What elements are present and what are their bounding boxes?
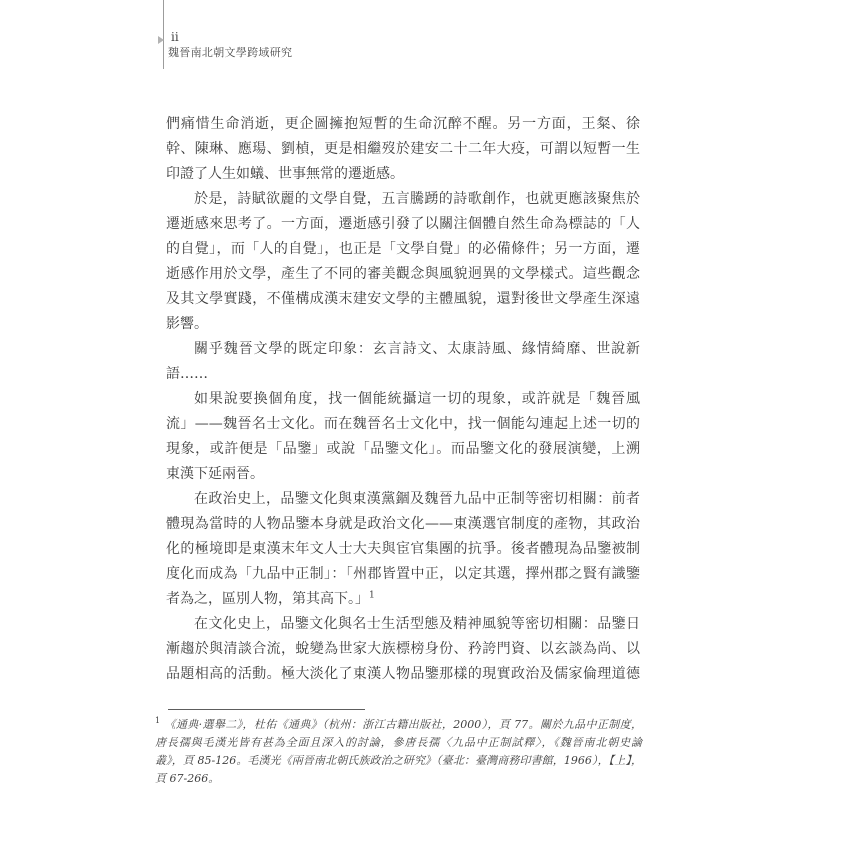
text-line: 幹、陳琳、應瑒、劉楨，更是相繼歿於建安二十二年大疫，可謂以短暫一生 — [166, 137, 640, 162]
text-line: 者為之，區別人物，第其高下。」1 — [166, 587, 640, 612]
text-line: 的自覺」，而「人的自覺」，也正是「文學自覺」的必備條件；另一方面，遷 — [166, 237, 640, 262]
text-line: 於是，詩賦欲麗的文學自覺，五言騰踴的詩歌創作，也就更應該聚焦於 — [166, 187, 640, 212]
footnote-line: 唐長孺與毛漢光皆有甚為全面且深入的討論，參唐長孺〈九品中正制試釋〉，《魏晉南北朝… — [155, 734, 642, 752]
footnote-line: 叢》，頁 85-126。毛漢光《兩晉南北朝氏族政治之研究》（臺北：臺灣商務印書館… — [155, 752, 642, 770]
footnote: 1《通典·選舉二》，杜佑《通典》（杭州：浙江古籍出版社，2000），頁 77。關… — [155, 716, 642, 788]
text-line: 印證了人生如蟻、世事無常的遷逝感。 — [166, 162, 640, 187]
running-head-book-title: 魏晉南北朝文學跨域研究 — [168, 46, 292, 60]
footnote-marker-number: 1 — [155, 716, 160, 725]
text-line: 化的極境即是東漢末年文人士大夫與宦官集團的抗爭。後者體現為品鑒被制 — [166, 537, 640, 562]
text-line: 如果說要換個角度，找一個能統攝這一切的現象，或許就是「魏晉風 — [166, 387, 640, 412]
text-line: 現象，或許便是「品鑒」或說「品鑒文化」。而品鑒文化的發展演變，上溯 — [166, 437, 640, 462]
text-line: 及其文學實踐，不僅構成漢末建安文學的主體風貌，還對後世文學產生深遠 — [166, 287, 640, 312]
header-vertical-rule — [163, 0, 164, 69]
page-number: ii — [171, 30, 179, 44]
text-line: 流」——魏晉名士文化。而在魏晉名士文化中，找一個能勾連起上述一切的 — [166, 412, 640, 437]
text-line: 品題相高的活動。極大淡化了東漢人物品鑒那樣的現實政治及儒家倫理道德 — [166, 662, 640, 687]
text-line: 度化而成為「九品中正制」：「州郡皆置中正，以定其選，擇州郡之賢有識鑒 — [166, 562, 640, 587]
body-text: 們痛惜生命消逝，更企圖擁抱短暫的生命沉醉不醒。另一方面，王粲、徐 幹、陳琳、應瑒… — [166, 112, 640, 687]
text-line: 們痛惜生命消逝，更企圖擁抱短暫的生命沉醉不醒。另一方面，王粲、徐 — [166, 112, 640, 137]
book-page: ii 魏晉南北朝文學跨域研究 們痛惜生命消逝，更企圖擁抱短暫的生命沉醉不醒。另一… — [0, 0, 850, 850]
footnote-line: 1《通典·選舉二》，杜佑《通典》（杭州：浙江古籍出版社，2000），頁 77。關… — [155, 716, 642, 734]
footnote-reference-number: 1 — [369, 590, 375, 600]
text-line-fragment: 者為之，區別人物，第其高下。」 — [166, 591, 369, 607]
text-line: 語…… — [166, 362, 640, 387]
text-line: 體現為當時的人物品鑒本身就是政治文化——東漢選官制度的產物，其政治 — [166, 512, 640, 537]
text-line: 影響。 — [166, 312, 640, 337]
text-line: 在政治史上，品鑒文化與東漢黨錮及魏晉九品中正制等密切相關：前者 — [166, 487, 640, 512]
text-line: 東漢下延兩晉。 — [166, 462, 640, 487]
text-line: 在文化史上，品鑒文化與名士生活型態及精神風貌等密切相關：品鑒日 — [166, 612, 640, 637]
text-line: 遷逝感來思考了。一方面，遷逝感引發了以關注個體自然生命為標誌的「人 — [166, 212, 640, 237]
footnote-text: 《通典·選舉二》，杜佑《通典》（杭州：浙江古籍出版社，2000），頁 77。關於… — [164, 718, 642, 731]
footnote-line: 頁 67-266。 — [155, 770, 642, 788]
footnote-separator — [168, 709, 365, 710]
text-line: 漸趨於與清談合流，蛻變為世家大族標榜身份、矜誇門資、以玄談為尚、以 — [166, 637, 640, 662]
bookmark-arrow-icon — [158, 36, 164, 44]
text-line: 逝感作用於文學，產生了不同的審美觀念與風貌迥異的文學樣式。這些觀念 — [166, 262, 640, 287]
text-line: 關乎魏晉文學的既定印象：玄言詩文、太康詩風、緣情綺靡、世說新 — [166, 337, 640, 362]
